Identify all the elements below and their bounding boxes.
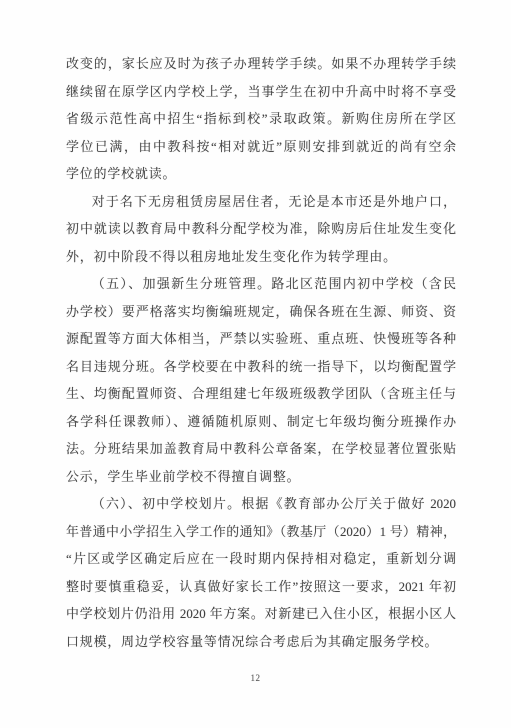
document-page: 改变的，家长应及时为孩子办理转学手续。如果不办理转学手续继续留在原学区内学校上学… xyxy=(0,0,511,728)
text-line: 改变的，家长应及时为孩子办理转学手续。如果不办理转学手续 xyxy=(66,51,456,79)
text-line: 各学科任课教师）、遵循随机原则、制定七年级均衡分班操作办 xyxy=(66,409,456,437)
page-number: 12 xyxy=(0,673,511,683)
text-line: 省级示范性高中招生“指标到校”录取政策。新购住房所在学区 xyxy=(66,106,456,134)
document-body: 改变的，家长应及时为孩子办理转学手续。如果不办理转学手续继续留在原学区内学校上学… xyxy=(66,51,456,656)
text-line: 生、均衡配置师资、合理组建七年级班级教学团队（含班主任与 xyxy=(66,381,456,409)
text-line: 中学校划片仍沿用 2020 年方案。对新建已入住小区，根据小区人 xyxy=(66,601,456,629)
text-line: （六）、初中学校划片。根据《教育部办公厅关于做好 2020 xyxy=(66,491,456,519)
text-line: 整时要慎重稳妥，认真做好家长工作”按照这一要求，2021 年初 xyxy=(66,574,456,602)
text-line: 对于名下无房租赁房屋居住者，无论是本市还是外地户口， xyxy=(66,189,456,217)
text-line: 年普通中小学招生入学工作的通知》（教基厅（2020）1 号）精神， xyxy=(66,519,456,547)
text-line: “片区或学区确定后应在一段时期内保持相对稳定，重新划分调 xyxy=(66,546,456,574)
text-line: 学位已满，由中教科按“相对就近”原则安排到就近的尚有空余 xyxy=(66,134,456,162)
text-line: 公示，学生毕业前学校不得擅自调整。 xyxy=(66,464,456,492)
text-line: 学位的学校就读。 xyxy=(66,161,456,189)
text-line: 继续留在原学区内学校上学，当事学生在初中升高中时将不享受 xyxy=(66,79,456,107)
paragraph: 改变的，家长应及时为孩子办理转学手续。如果不办理转学手续继续留在原学区内学校上学… xyxy=(66,51,456,189)
text-line: 初中就读以教育局中教科分配学校为准，除购房后住址发生变化 xyxy=(66,216,456,244)
text-line: （五）、加强新生分班管理。路北区范围内初中学校（含民 xyxy=(66,271,456,299)
paragraph: 对于名下无房租赁房屋居住者，无论是本市还是外地户口，初中就读以教育局中教科分配学… xyxy=(66,189,456,272)
text-line: 外，初中阶段不得以租房地址发生变化作为转学理由。 xyxy=(66,244,456,272)
text-line: 法。分班结果加盖教育局中教科公章备案，在学校显著位置张贴 xyxy=(66,436,456,464)
paragraph: （五）、加强新生分班管理。路北区范围内初中学校（含民办学校）要严格落实均衡编班规… xyxy=(66,271,456,491)
text-line: 名目违规分班。各学校要在中教科的统一指导下，以均衡配置学 xyxy=(66,354,456,382)
text-line: 口规模，周边学校容量等情况综合考虑后为其确定服务学校。 xyxy=(66,629,456,657)
paragraph: （六）、初中学校划片。根据《教育部办公厅关于做好 2020年普通中小学招生入学工… xyxy=(66,491,456,656)
text-line: 源配置等方面大体相当，严禁以实验班、重点班、快慢班等各种 xyxy=(66,326,456,354)
text-line: 办学校）要严格落实均衡编班规定，确保各班在生源、师资、资 xyxy=(66,299,456,327)
